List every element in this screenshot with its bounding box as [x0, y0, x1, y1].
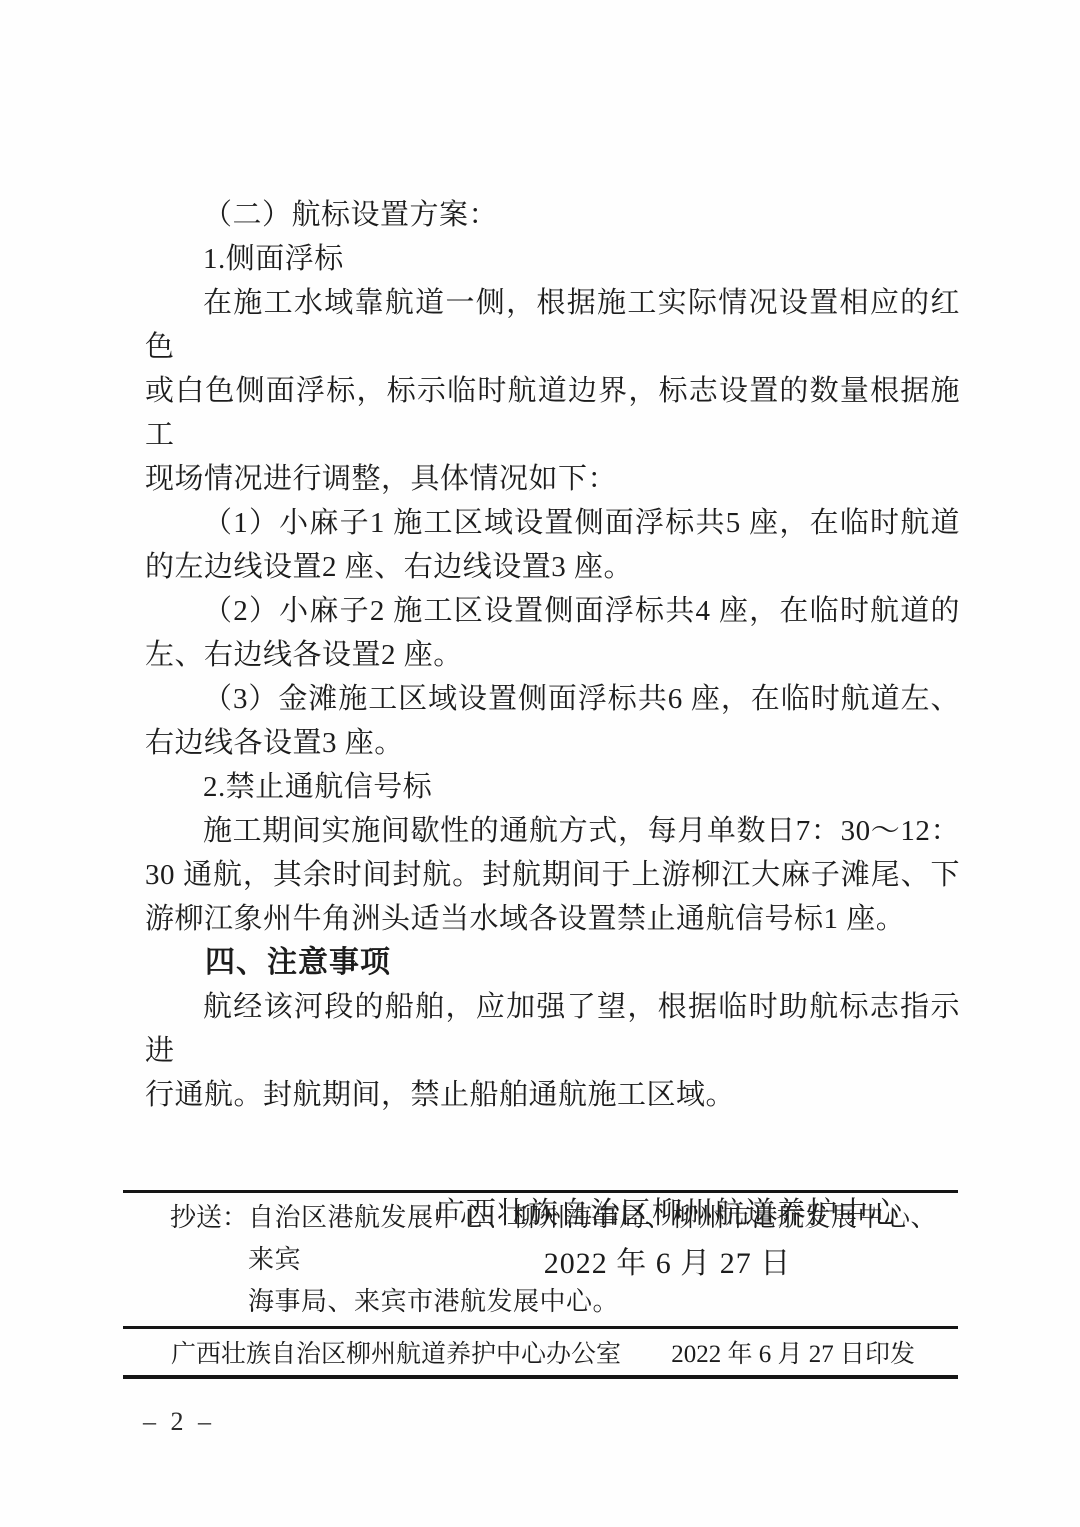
- list-item-line: （2）小麻子2 施工区设置侧面浮标共4 座，在临时航道的: [145, 589, 960, 633]
- imprint-office: 广西壮族自治区柳州航道养护中心办公室: [171, 1334, 621, 1370]
- text-line: 游柳江象州牛角洲头适当水域各设置禁止通航信号标1 座。: [145, 897, 960, 941]
- section-heading: （二）航标设置方案：: [145, 193, 960, 237]
- notice-section-heading: 四、注意事项: [145, 941, 960, 985]
- separator-bottom: [123, 1375, 958, 1379]
- page-number: – 2 –: [123, 1407, 958, 1437]
- text-line: 施工期间实施间歇性的通航方式，每月单数日7：30～12：: [145, 809, 960, 853]
- cc-list: 自治区港航发展中心、柳州海事局、柳州市港航发展中心、来宾 海事局、来宾市港航发展…: [248, 1197, 958, 1323]
- text-line: 30 通航，其余时间封航。封航期间于上游柳江大麻子滩尾、下: [145, 853, 960, 897]
- text-line: 行通航。封航期间，禁止船舶通航施工区域。: [145, 1073, 960, 1117]
- imprint-block: 广西壮族自治区柳州航道养护中心办公室 2022 年 6 月 27 日印发: [123, 1329, 958, 1375]
- text-line: 或白色侧面浮标，标示临时航道边界，标志设置的数量根据施工: [145, 369, 960, 457]
- text-line: 现场情况进行调整，具体情况如下：: [145, 457, 960, 501]
- buoy-subheading: 1.侧面浮标: [145, 237, 960, 281]
- list-item-line: 左、右边线各设置2 座。: [145, 633, 960, 677]
- list-item-line: （1）小麻子1 施工区域设置侧面浮标共5 座，在临时航道: [145, 501, 960, 545]
- list-item-line: 的左边线设置2 座、右边线设置3 座。: [145, 545, 960, 589]
- document-page: （二）航标设置方案： 1.侧面浮标 在施工水域靠航道一侧，根据施工实际情况设置相…: [0, 0, 1080, 1527]
- imprint-date: 2022 年 6 月 27 日印发: [671, 1334, 915, 1370]
- body-text: （二）航标设置方案： 1.侧面浮标 在施工水域靠航道一侧，根据施工实际情况设置相…: [145, 193, 960, 1289]
- signal-subheading: 2.禁止通航信号标: [145, 765, 960, 809]
- document-footer: 抄送： 自治区港航发展中心、柳州海事局、柳州市港航发展中心、来宾 海事局、来宾市…: [123, 1190, 958, 1437]
- text-line: 在施工水域靠航道一侧，根据施工实际情况设置相应的红色: [145, 281, 960, 369]
- list-item-line: （3）金滩施工区域设置侧面浮标共6 座，在临时航道左、: [145, 677, 960, 721]
- list-item-line: 右边线各设置3 座。: [145, 721, 960, 765]
- cc-label: 抄送：: [170, 1197, 248, 1239]
- text-line: 航经该河段的船舶，应加强了望，根据临时助航标志指示进: [145, 985, 960, 1073]
- cc-block: 抄送： 自治区港航发展中心、柳州海事局、柳州市港航发展中心、来宾 海事局、来宾市…: [123, 1193, 958, 1326]
- cc-line: 自治区港航发展中心、柳州海事局、柳州市港航发展中心、来宾: [248, 1197, 958, 1281]
- cc-line: 海事局、来宾市港航发展中心。: [248, 1281, 958, 1323]
